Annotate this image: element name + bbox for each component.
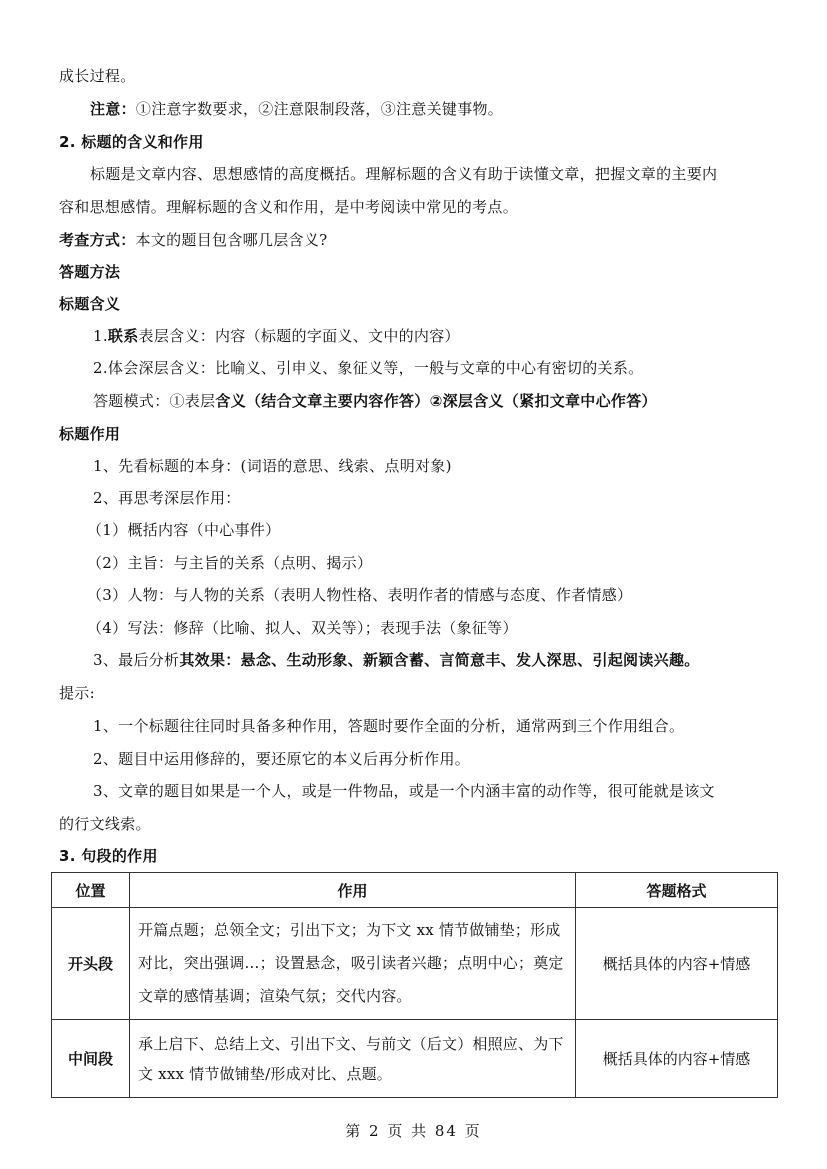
cell-position: 开头段 — [52, 908, 130, 1020]
note-text: ①注意字数要求，②注意限制段落，③注意关键事物。 — [136, 100, 503, 118]
cell-format: 概括具体的内容+情感 — [576, 908, 778, 1020]
tip-item-3-line-1: 3、文章的题目如果是一个人，或是一件物品，或是一个内涵丰富的动作等，很可能就是该… — [93, 781, 715, 801]
note-line: 注意：①注意字数要求，②注意限制段落，③注意关键事物。 — [90, 99, 503, 119]
exam-method-label: 考查方式： — [59, 231, 136, 249]
cell-function: 承上启下、总结上文、引出下文、与前文（后文）相照应、为下文 xxx 情节做铺垫/… — [130, 1020, 576, 1098]
note-label: 注意： — [90, 100, 136, 118]
intro-paragraph-line-1: 标题是文章内容、思想感情的高度概括。理解标题的含义有助于读懂文章，把握文章的主要… — [90, 164, 717, 184]
function-item-3: 3、最后分析其效果：悬念、生动形象、新颖含蓄、言简意丰、发人深思、引起阅读兴趣。 — [93, 650, 700, 670]
intro-paragraph-line-2: 容和思想感情。理解标题的含义和作用，是中考阅读中常见的考点。 — [59, 197, 518, 217]
table-row: 开头段 开篇点题；总领全文；引出下文；为下文 xx 情节做铺垫；形成对比，突出强… — [52, 908, 778, 1020]
title-function-heading: 标题作用 — [59, 424, 120, 444]
answer-mode-bold: 含义（结合文章主要内容作答）②深层含义（紧扣文章中心作答） — [215, 392, 656, 410]
function-subitem-2: （2）主旨：与主旨的关系（点明、揭示） — [87, 553, 372, 573]
exam-method-line: 考查方式：本文的题目包含哪几层含义? — [59, 230, 327, 250]
column-header-format: 答题格式 — [576, 873, 778, 908]
meaning-item-1-text: 表层含义：内容（标题的字面义、文中的内容） — [139, 327, 460, 345]
answer-mode-line: 答题模式：①表层含义（结合文章主要内容作答）②深层含义（紧扣文章中心作答） — [93, 391, 657, 411]
cell-format: 概括具体的内容+情感 — [576, 1020, 778, 1098]
answer-mode-prefix: 答题模式：①表层 — [93, 392, 215, 410]
function-subitem-4: （4）写法：修辞（比喻、拟人、双关等）；表现手法（象征等） — [87, 618, 518, 638]
tip-label: 提示: — [59, 683, 95, 703]
meaning-item-1: 1.联系表层含义：内容（标题的字面义、文中的内容） — [93, 326, 460, 346]
section-heading-3: 3. 句段的作用 — [59, 846, 158, 866]
column-header-position: 位置 — [52, 873, 130, 908]
tip-item-3-line-2: 的行文线索。 — [59, 814, 151, 834]
function-item-3-prefix: 3、最后分析 — [93, 651, 179, 669]
function-subitem-3: （3）人物：与人物的关系（表明人物性格、表明作者的情感与态度、作者情感） — [87, 585, 632, 605]
table-row: 中间段 承上启下、总结上文、引出下文、与前文（后文）相照应、为下文 xxx 情节… — [52, 1020, 778, 1098]
meaning-item-2: 2.体会深层含义：比喻义、引申义、象征义等，一般与文章的中心有密切的关系。 — [93, 358, 643, 378]
paragraph-continuation: 成长过程。 — [59, 66, 136, 86]
meaning-item-1-bold: 联系 — [108, 327, 139, 345]
function-subitem-1: （1）概括内容（中心事件） — [87, 520, 280, 540]
cell-function: 开篇点题；总领全文；引出下文；为下文 xx 情节做铺垫；形成对比，突出强调…；设… — [130, 908, 576, 1020]
exam-method-text: 本文的题目包含哪几层含义? — [136, 231, 328, 249]
function-item-2: 2、再思考深层作用： — [93, 488, 241, 508]
tip-item-2: 2、题目中运用修辞的，要还原它的本义后再分析作用。 — [93, 749, 470, 769]
page-number-footer: 第 2 页 共 84 页 — [0, 1120, 827, 1141]
function-item-3-bold: 其效果：悬念、生动形象、新颖含蓄、言简意丰、发人深思、引起阅读兴趣。 — [179, 651, 699, 669]
item-number: 1. — [93, 327, 108, 345]
function-item-1: 1、先看标题的本身：(词语的意思、线索、点明对象) — [93, 456, 452, 476]
answer-method-heading: 答题方法 — [59, 262, 120, 282]
section-heading-2: 2. 标题的含义和作用 — [59, 132, 204, 152]
sentence-function-table: 位置 作用 答题格式 开头段 开篇点题；总领全文；引出下文；为下文 xx 情节做… — [51, 872, 778, 1098]
tip-item-1: 1、一个标题往往同时具备多种作用，答题时要作全面的分析，通常两到三个作用组合。 — [93, 716, 684, 736]
title-meaning-heading: 标题含义 — [59, 294, 120, 314]
table-header-row: 位置 作用 答题格式 — [52, 873, 778, 908]
cell-position: 中间段 — [52, 1020, 130, 1098]
column-header-function: 作用 — [130, 873, 576, 908]
